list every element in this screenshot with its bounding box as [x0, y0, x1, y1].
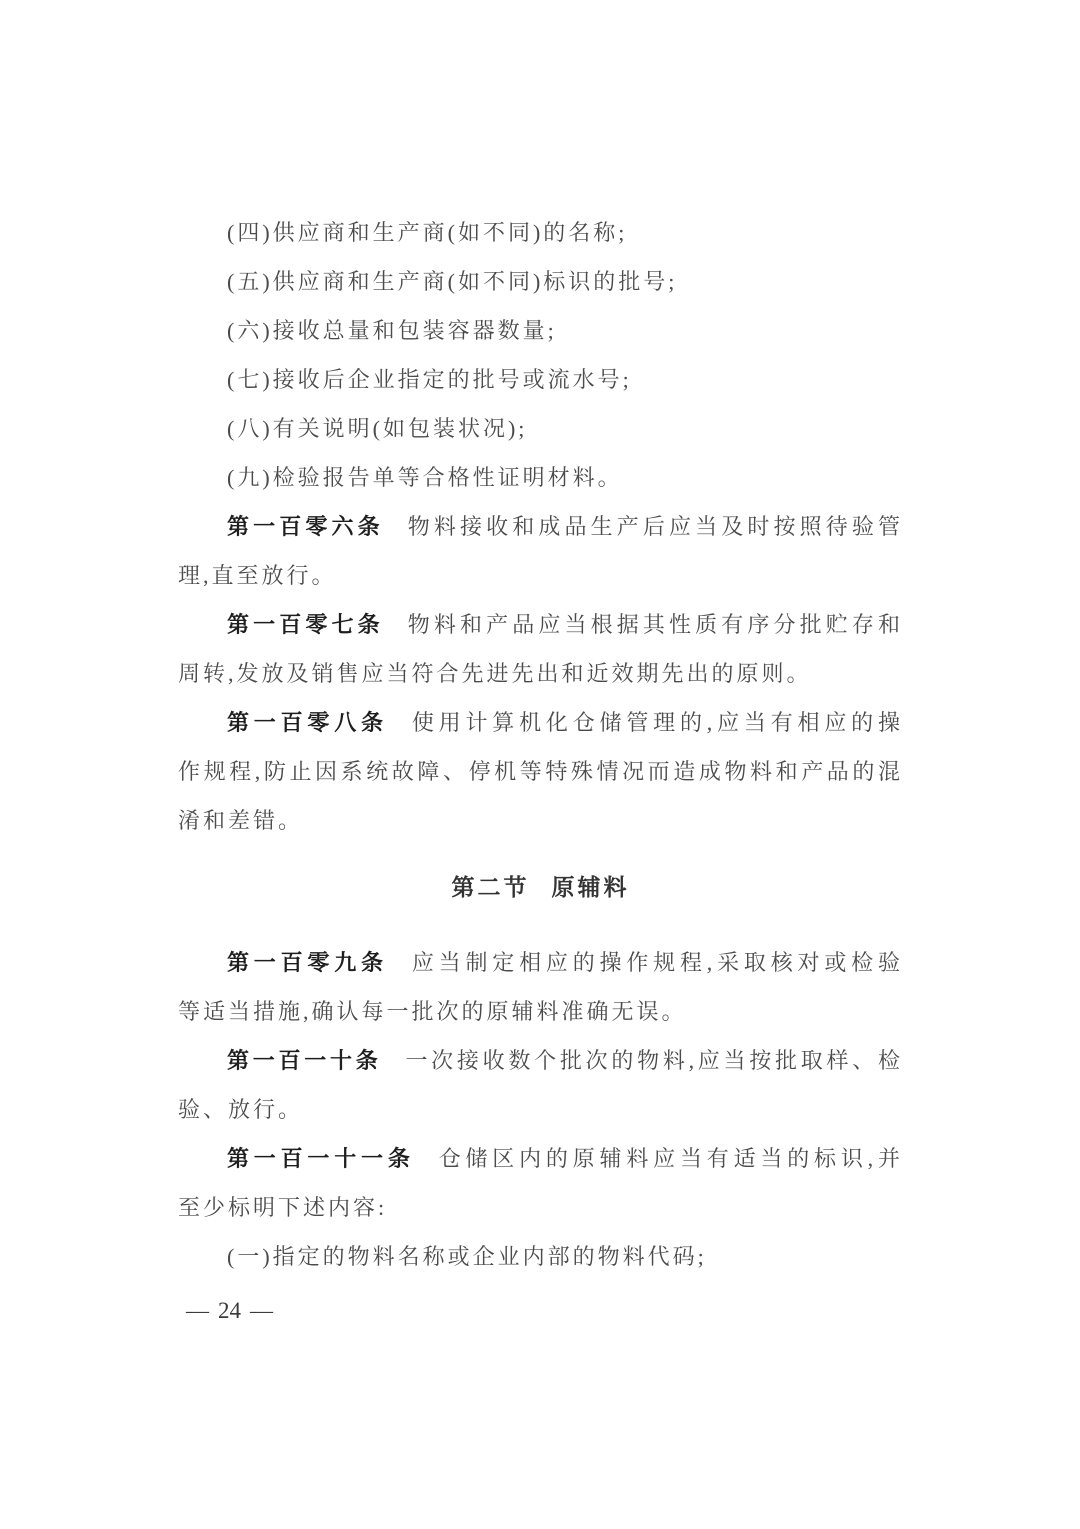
- footer-right-dash: —: [250, 1298, 273, 1323]
- article-109-text: 应当制定相应的操作规程,采取核对或检验: [412, 950, 903, 975]
- article-110-cont: 验、放行。: [178, 1085, 903, 1134]
- article-108-number: 第一百零八条: [227, 710, 388, 735]
- list-item-9: (九)检验报告单等合格性证明材料。: [178, 453, 903, 502]
- article-111-number: 第一百一十一条: [227, 1146, 415, 1171]
- document-page: (四)供应商和生产商(如不同)的名称; (五)供应商和生产商(如不同)标识的批号…: [0, 0, 1080, 1529]
- article-106-text: 物料接收和成品生产后应当及时按照待验管: [408, 514, 903, 539]
- list-item-1: (一)指定的物料名称或企业内部的物料代码;: [178, 1232, 903, 1281]
- footer-left-dash: —: [186, 1298, 209, 1323]
- article-108-text: 使用计算机化仓储管理的,应当有相应的操: [412, 710, 903, 735]
- article-111-start: 第一百一十一条仓储区内的原辅料应当有适当的标识,并: [178, 1134, 903, 1183]
- article-111-cont: 至少标明下述内容:: [178, 1183, 903, 1232]
- section-heading-title: 原辅料: [552, 875, 630, 900]
- list-item-8: (八)有关说明(如包装状况);: [178, 404, 903, 453]
- article-109-number: 第一百零九条: [227, 950, 388, 975]
- list-item-7: (七)接收后企业指定的批号或流水号;: [178, 355, 903, 404]
- article-110-text: 一次接收数个批次的物料,应当按批取样、检: [405, 1048, 903, 1073]
- article-106-cont: 理,直至放行。: [178, 551, 903, 600]
- footer-page-number: 24: [218, 1298, 241, 1323]
- article-106-number: 第一百零六条: [227, 514, 384, 539]
- article-107-text: 物料和产品应当根据其性质有序分批贮存和: [408, 612, 903, 637]
- article-109-start: 第一百零九条应当制定相应的操作规程,采取核对或检验: [178, 938, 903, 987]
- article-107-start: 第一百零七条物料和产品应当根据其性质有序分批贮存和: [178, 600, 903, 649]
- list-item-6: (六)接收总量和包装容器数量;: [178, 306, 903, 355]
- article-108-cont: 作规程,防止因系统故障、停机等特殊情况而造成物料和产品的混: [178, 747, 903, 796]
- article-106-start: 第一百零六条物料接收和成品生产后应当及时按照待验管: [178, 502, 903, 551]
- list-item-4: (四)供应商和生产商(如不同)的名称;: [178, 208, 903, 257]
- article-111-text: 仓储区内的原辅料应当有适当的标识,并: [439, 1146, 903, 1171]
- page-footer: —24—: [186, 1295, 273, 1327]
- section-heading-number: 第二节: [452, 875, 530, 900]
- article-108-end: 淆和差错。: [178, 796, 903, 845]
- list-item-5: (五)供应商和生产商(如不同)标识的批号;: [178, 257, 903, 306]
- article-108-start: 第一百零八条使用计算机化仓储管理的,应当有相应的操: [178, 698, 903, 747]
- section-heading: 第二节原辅料: [178, 863, 903, 912]
- article-110-number: 第一百一十条: [227, 1048, 381, 1073]
- article-107-cont: 周转,发放及销售应当符合先进先出和近效期先出的原则。: [178, 649, 903, 698]
- article-109-cont: 等适当措施,确认每一批次的原辅料准确无误。: [178, 987, 903, 1036]
- page-content: (四)供应商和生产商(如不同)的名称; (五)供应商和生产商(如不同)标识的批号…: [178, 208, 903, 1281]
- article-107-number: 第一百零七条: [227, 612, 384, 637]
- article-110-start: 第一百一十条一次接收数个批次的物料,应当按批取样、检: [178, 1036, 903, 1085]
